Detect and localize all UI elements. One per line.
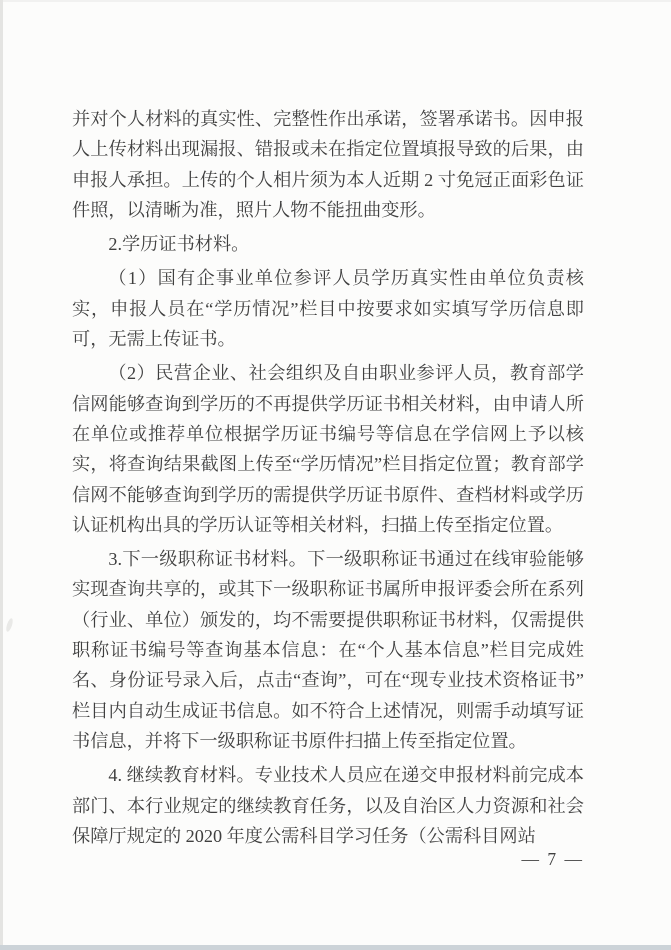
document-body: 并对个人材料的真实性、完整性作出承诺，签署承诺书。因申报人上传材料出现漏报、错报… (72, 104, 584, 851)
paragraph-item-4: 4. 继续教育材料。专业技术人员应在递交申报材料前完成本部门、本行业规定的继续教… (72, 760, 584, 851)
document-page: 并对个人材料的真实性、完整性作出承诺，签署承诺书。因申报人上传材料出现漏报、错报… (0, 0, 671, 950)
paragraph-item-3: 3.下一级职称证书材料。下一级职称证书通过在线审验能够实现查询共享的，或其下一级… (72, 544, 584, 756)
paragraph-continuation: 并对个人材料的真实性、完整性作出承诺，签署承诺书。因申报人上传材料出现漏报、错报… (72, 104, 584, 225)
paragraph-item-2-heading: 2.学历证书材料。 (72, 229, 584, 259)
scan-artifact (5, 618, 14, 633)
paragraph-item-2-sub-1: （1）国有企事业单位参评人员学历真实性由单位负责核实，申报人员在“学历情况”栏目… (72, 263, 584, 354)
scan-edge-bottom (0, 945, 671, 950)
scan-edge-top (0, 0, 671, 2)
page-number: — 7 — (522, 849, 585, 870)
paragraph-item-2-sub-2: （2）民营企业、社会组织及自由职业参评人员，教育部学信网能够查询到学历的不再提供… (72, 358, 584, 540)
scan-edge-left (0, 0, 3, 950)
